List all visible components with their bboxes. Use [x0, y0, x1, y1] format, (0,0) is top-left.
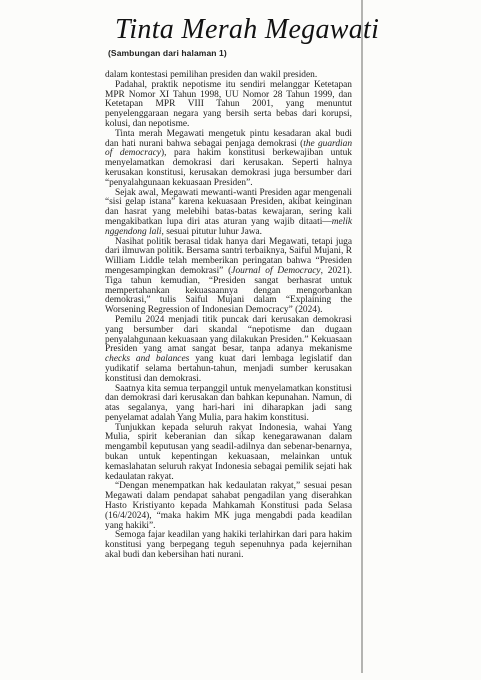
- article-paragraph: Semoga fajar keadilan yang hakiki terlah…: [105, 531, 352, 560]
- article-column: Tinta Merah Megawati (Sambungan dari hal…: [105, 0, 352, 561]
- article-title: Tinta Merah Megawati: [115, 14, 352, 45]
- continuation-note: (Sambungan dari halaman 1): [108, 48, 352, 58]
- newspaper-page: Tinta Merah Megawati (Sambungan dari hal…: [0, 0, 481, 680]
- article-paragraph: Pemilu 2024 menjadi titik puncak dari ke…: [105, 316, 352, 385]
- article-body: dalam kontestasi pemilihan presiden dan …: [105, 71, 352, 561]
- article-paragraph: Sejak awal, Megawati mewanti-wanti Presi…: [105, 189, 352, 238]
- article-paragraph: Tunjukkan kepada seluruh rakyat Indonesi…: [105, 424, 352, 483]
- column-divider: [361, 0, 363, 673]
- article-paragraph: Nasihat politik berasal tidak hanya dari…: [105, 238, 352, 316]
- article-paragraph: Padahal, praktik nepotisme itu sendiri m…: [105, 81, 352, 130]
- article-paragraph: Tinta merah Megawati mengetuk pintu kesa…: [105, 130, 352, 189]
- article-paragraph: Saatnya kita semua terpanggil untuk meny…: [105, 385, 352, 424]
- article-paragraph: “Dengan menempatkan hak kedaulatan rakya…: [105, 482, 352, 531]
